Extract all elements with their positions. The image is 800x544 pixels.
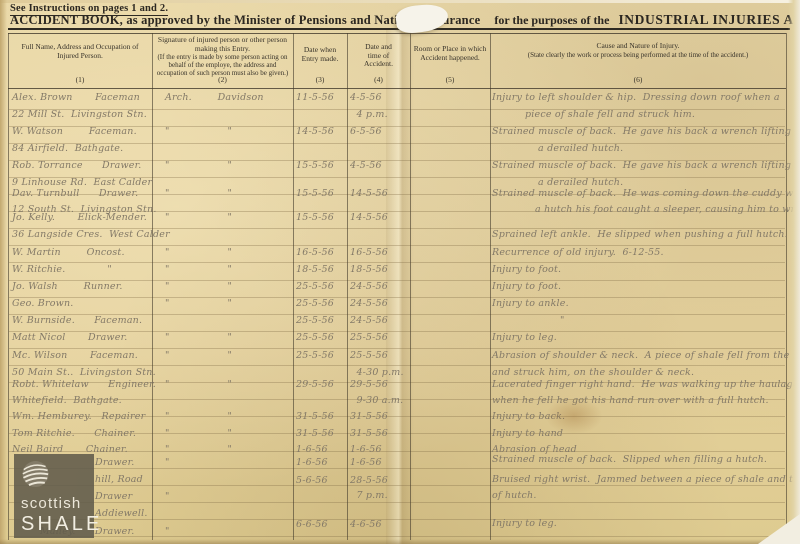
paper-stain <box>546 398 602 434</box>
hw-name: Tom Ritchie. Chainer. <box>12 428 136 439</box>
hw-d2: 29-5-56 <box>350 379 388 390</box>
accident-book-page: See Instructions on pages 1 and 2. ACCID… <box>0 0 800 544</box>
page-edge-left <box>0 0 7 544</box>
hw-cause: and struck him, on the shoulder & neck. <box>492 367 694 378</box>
hw-d2: 24-5-56 <box>350 298 388 309</box>
column-border <box>347 33 348 540</box>
hw-d2: 7 p.m. <box>350 490 388 501</box>
hw-sig: " " <box>165 160 232 171</box>
hw-d2: 4-5-56 <box>350 160 382 171</box>
hw-sig: Arch. Davidson <box>165 92 264 103</box>
hw-d1: 31-5-56 <box>296 411 334 422</box>
hw-cause: Bruised right wrist. Jammed between a pi… <box>492 474 800 485</box>
hw-d2: 24-5-56 <box>350 315 388 326</box>
ruled-line <box>9 519 785 520</box>
hw-sig: " <box>165 491 170 502</box>
hw-d1: 11-5-56 <box>296 92 334 103</box>
hw-d1: 15-5-56 <box>296 212 334 223</box>
hw-d2: 25-5-56 <box>350 332 388 343</box>
title-middle: for the purposes of the <box>494 13 609 28</box>
hw-sig: " " <box>165 332 232 343</box>
hw-d1: 15-5-56 <box>296 188 334 199</box>
hw-d1: 25-5-56 <box>296 281 334 292</box>
page-edge-right <box>788 0 800 544</box>
hw-name: W. Burnside. Faceman. <box>12 315 142 326</box>
hw-d2: 31-5-56 <box>350 428 388 439</box>
hw-sig: " " <box>165 264 232 275</box>
hw-d2: 24-5-56 <box>350 281 388 292</box>
ruled-line <box>9 365 785 366</box>
hw-name: Mc. Wilson Faceman. <box>12 350 138 361</box>
hw-d2: 14-5-56 <box>350 188 388 199</box>
hw-name: Drawer. <box>95 457 135 468</box>
hw-d1: 14-5-56 <box>296 126 334 137</box>
hw-d2: 18-5-56 <box>350 264 388 275</box>
hw-name: Drawer <box>95 491 132 502</box>
hw-cause: Recurrence of old injury. 6-12-55. <box>492 247 664 258</box>
title-act: INDUSTRIAL INJURIES ACT, 1946. <box>618 12 800 28</box>
hw-name: Alex. Brown Faceman <box>12 92 140 103</box>
hw-cause: Strained muscle of back. He gave his bac… <box>492 126 791 137</box>
hw-d2: 28-5-56 <box>350 475 388 486</box>
hw-d2: 4-5-56 <box>350 92 382 103</box>
hw-d2: 9-30 a.m. <box>350 395 403 406</box>
hw-cause: Injury to hand <box>492 428 563 439</box>
ruled-line <box>9 348 785 349</box>
hw-name: Whitefield. Bathgate. <box>12 395 122 406</box>
hw-name: Jo. Kelly. Elick-Mender. <box>12 212 147 223</box>
hw-cause: Strained muscle of back. Slipped when fi… <box>492 454 767 465</box>
column-border <box>410 33 411 540</box>
hw-d1: 25-5-56 <box>296 350 334 361</box>
hw-cause: Lacerated finger right hand. He was walk… <box>492 379 800 390</box>
hw-sig: " <box>165 457 170 468</box>
hw-d1: 16-5-56 <box>296 247 334 258</box>
hw-d2: 4-30 p.m. <box>350 367 404 378</box>
hw-d1: 15-5-56 <box>296 160 334 171</box>
hw-cause: Injury to leg. <box>492 518 557 529</box>
hw-sig: " " <box>165 444 232 455</box>
hw-d1: 18-5-56 <box>296 264 334 275</box>
hw-cause: Abrasion of shoulder & neck. A piece of … <box>492 350 800 361</box>
hw-name: Geo. Brown. <box>12 298 74 309</box>
ruled-line <box>9 143 785 144</box>
hw-cause: Injury to foot. <box>492 264 561 275</box>
hw-name: hill, Road <box>95 474 143 485</box>
col-header-cause: Cause and Nature of Injury. (State clear… <box>490 33 786 88</box>
col-header-accident-date: Date and time of Accident. (4) <box>347 33 410 88</box>
hw-name: Rob. Torrance Drawer. <box>12 160 142 171</box>
hw-cause: Injury to leg. <box>492 332 557 343</box>
column-border <box>490 33 491 540</box>
ruled-line <box>9 297 785 298</box>
hw-sig: " " <box>165 350 232 361</box>
hw-d2: 4-6-56 <box>350 519 382 530</box>
hw-d1: 29-5-56 <box>296 379 334 390</box>
hw-name: 50 Main St.. Livingston Stn. <box>12 367 156 378</box>
col-header-name: Full Name, Address and Occupation of Inj… <box>8 33 152 88</box>
hw-cause: " <box>560 315 565 326</box>
hw-cause: Injury to foot. <box>492 281 561 292</box>
hw-d1: 6-6-56 <box>296 519 328 530</box>
hw-d2: 14-5-56 <box>350 212 388 223</box>
hw-name: W. Watson Faceman. <box>12 126 137 137</box>
hw-cause: a hutch his foot caught a sleeper, causi… <box>535 204 800 215</box>
hw-name: 9 Linhouse Rd. East Calder <box>12 177 152 188</box>
page-edge-bottom <box>0 539 800 544</box>
watermark-line1: scottish <box>21 495 81 512</box>
column-border <box>8 33 9 540</box>
page-edge-top <box>0 0 800 3</box>
hw-d1: 1-6-56 <box>296 444 328 455</box>
column-border <box>152 33 153 540</box>
hw-cause: a derailed hutch. <box>538 177 623 188</box>
scottish-shale-watermark: scottish SHALE <box>14 454 94 538</box>
hw-sig: " " <box>165 379 232 390</box>
hw-sig: " " <box>165 212 232 223</box>
header-bottom-border <box>8 88 786 89</box>
hw-cause: Injury to ankle. <box>492 298 569 309</box>
hw-name: Addiewell. <box>95 508 148 519</box>
ruled-line <box>9 262 785 263</box>
ruled-line <box>9 280 785 281</box>
column-border <box>293 33 294 540</box>
hw-d2: 4 p.m. <box>350 109 388 120</box>
hw-cause: when he fell he got his hand run over wi… <box>492 395 769 406</box>
hw-name: W. Martin Oncost. <box>12 247 125 258</box>
hw-d2: 25-5-56 <box>350 350 388 361</box>
hw-d1: 1-6-56 <box>296 457 328 468</box>
hw-d1: 25-5-56 <box>296 332 334 343</box>
hw-sig: " " <box>165 428 232 439</box>
hw-name: 84 Airfield. Bathgate. <box>12 143 123 154</box>
hw-cause: piece of shale fell and struck him. <box>525 109 695 120</box>
hw-cause: Injury to left shoulder & hip. Dressing … <box>492 92 780 103</box>
col-header-entry-date: Date when Entry made. (3) <box>293 33 347 88</box>
hw-d1: 25-5-56 <box>296 315 334 326</box>
hw-d1: 25-5-56 <box>296 298 334 309</box>
hw-cause: Sprained left ankle. He slipped when pus… <box>492 229 788 240</box>
hw-name: 22 Mill St. Livingston Stn. <box>12 109 147 120</box>
hw-name: Robt. Whitelaw Engineer. <box>12 379 156 390</box>
hw-cause: Strained muscle of back. He gave his bac… <box>492 160 791 171</box>
watermark-line2: SHALE <box>21 513 103 536</box>
hw-name: 36 Langside Cres. West Calder <box>12 229 170 240</box>
col-header-place: Room or Place in which Accident happened… <box>410 33 490 88</box>
hw-sig: " <box>165 526 170 537</box>
hw-d1: 31-5-56 <box>296 428 334 439</box>
hw-cause: a derailed hutch. <box>538 143 623 154</box>
hw-sig: " " <box>165 126 232 137</box>
hw-cause: Strained muscle of back. He was coming d… <box>492 188 800 199</box>
hw-sig: " " <box>165 411 232 422</box>
hw-sig: " " <box>165 188 232 199</box>
globe-icon <box>18 457 55 498</box>
col-header-signature: Signature of injured person or other per… <box>152 33 293 88</box>
hw-name: Matt Nicol Drawer. <box>12 332 128 343</box>
hw-name: W. Ritchie. " <box>12 264 112 275</box>
hw-sig: " " <box>165 281 232 292</box>
hw-d2: 31-5-56 <box>350 411 388 422</box>
hw-d2: 6-5-56 <box>350 126 382 137</box>
hw-name: Jo. Walsh Runner. <box>12 281 123 292</box>
hw-d2: 16-5-56 <box>350 247 388 258</box>
hw-cause: of hutch. <box>492 490 537 501</box>
hw-d2: 1-6-56 <box>350 444 382 455</box>
hw-d1: 5-6-56 <box>296 475 328 486</box>
hw-d2: 1-6-56 <box>350 457 382 468</box>
hw-sig: " " <box>165 298 232 309</box>
hw-sig: " " <box>165 247 232 258</box>
ruled-line <box>9 245 785 246</box>
column-border <box>786 33 787 540</box>
hw-name: Wm. Hemburey. Repairer <box>12 411 145 422</box>
hw-name: Dav. Turnbull Drawer. <box>12 188 138 199</box>
